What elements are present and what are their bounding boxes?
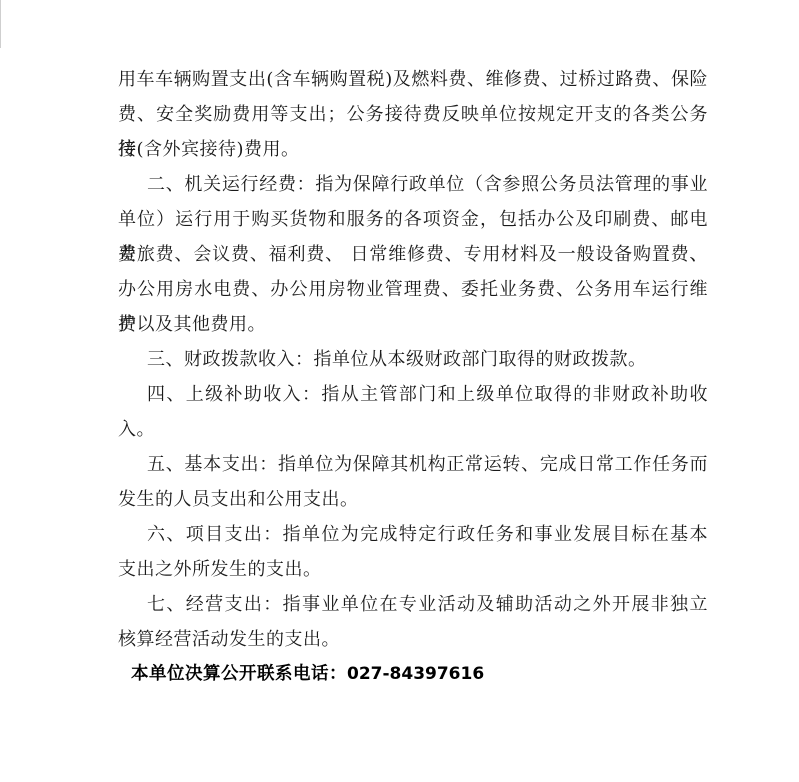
text-line: 核算经营活动发生的支出。 — [118, 622, 708, 657]
text-line: 六、项目支出：指单位为完成特定行政任务和事业发展目标在基本 — [118, 517, 708, 552]
text-line: 办公用房水电费、办公用房物业管理费、委托业务费、公务用车运行维护 — [118, 272, 708, 307]
text-line: 发生的人员支出和公用支出。 — [118, 482, 708, 517]
text-line: 差旅费、会议费、福利费、 日常维修费、专用材料及一般设备购置费、 — [118, 237, 708, 272]
text-line: 二、机关运行经费：指为保障行政单位（含参照公务员法管理的事业 — [118, 167, 708, 202]
text-line: 五、基本支出：指单位为保障其机构正常运转、完成日常工作任务而 — [118, 447, 708, 482]
contact-phone: 027-84397616 — [347, 664, 484, 684]
contact-label: 本单位决算公开联系电话： — [131, 664, 347, 684]
text-line: 三、财政拨款收入：指单位从本级财政部门取得的财政拨款。 — [118, 342, 708, 377]
text-line: 四、上级补助收入：指从主管部门和上级单位取得的非财政补助收 — [118, 377, 708, 412]
text-line: 待(含外宾接待)费用。 — [118, 132, 708, 167]
text-line: 七、经营支出：指事业单位在专业活动及辅助活动之外开展非独立 — [118, 587, 708, 622]
text-line: 支出之外所发生的支出。 — [118, 552, 708, 587]
document-page: 用车车辆购置支出(含车辆购置税)及燃料费、维修费、过桥过路费、保险费、安全奖励费… — [0, 0, 799, 782]
text-line: 费、安全奖励费用等支出；公务接待费反映单位按规定开支的各类公务接 — [118, 97, 708, 132]
text-line: 费以及其他费用。 — [118, 307, 708, 342]
document-body: 用车车辆购置支出(含车辆购置税)及燃料费、维修费、过桥过路费、保险费、安全奖励费… — [118, 62, 708, 657]
contact-footer: 本单位决算公开联系电话：027-84397616 — [131, 657, 484, 692]
text-line: 入。 — [118, 412, 708, 447]
left-edge-artifact — [0, 0, 1, 48]
text-line: 单位）运行用于购买货物和服务的各项资金，包括办公及印刷费、邮电费、 — [118, 202, 708, 237]
text-line: 用车车辆购置支出(含车辆购置税)及燃料费、维修费、过桥过路费、保险 — [118, 62, 708, 97]
